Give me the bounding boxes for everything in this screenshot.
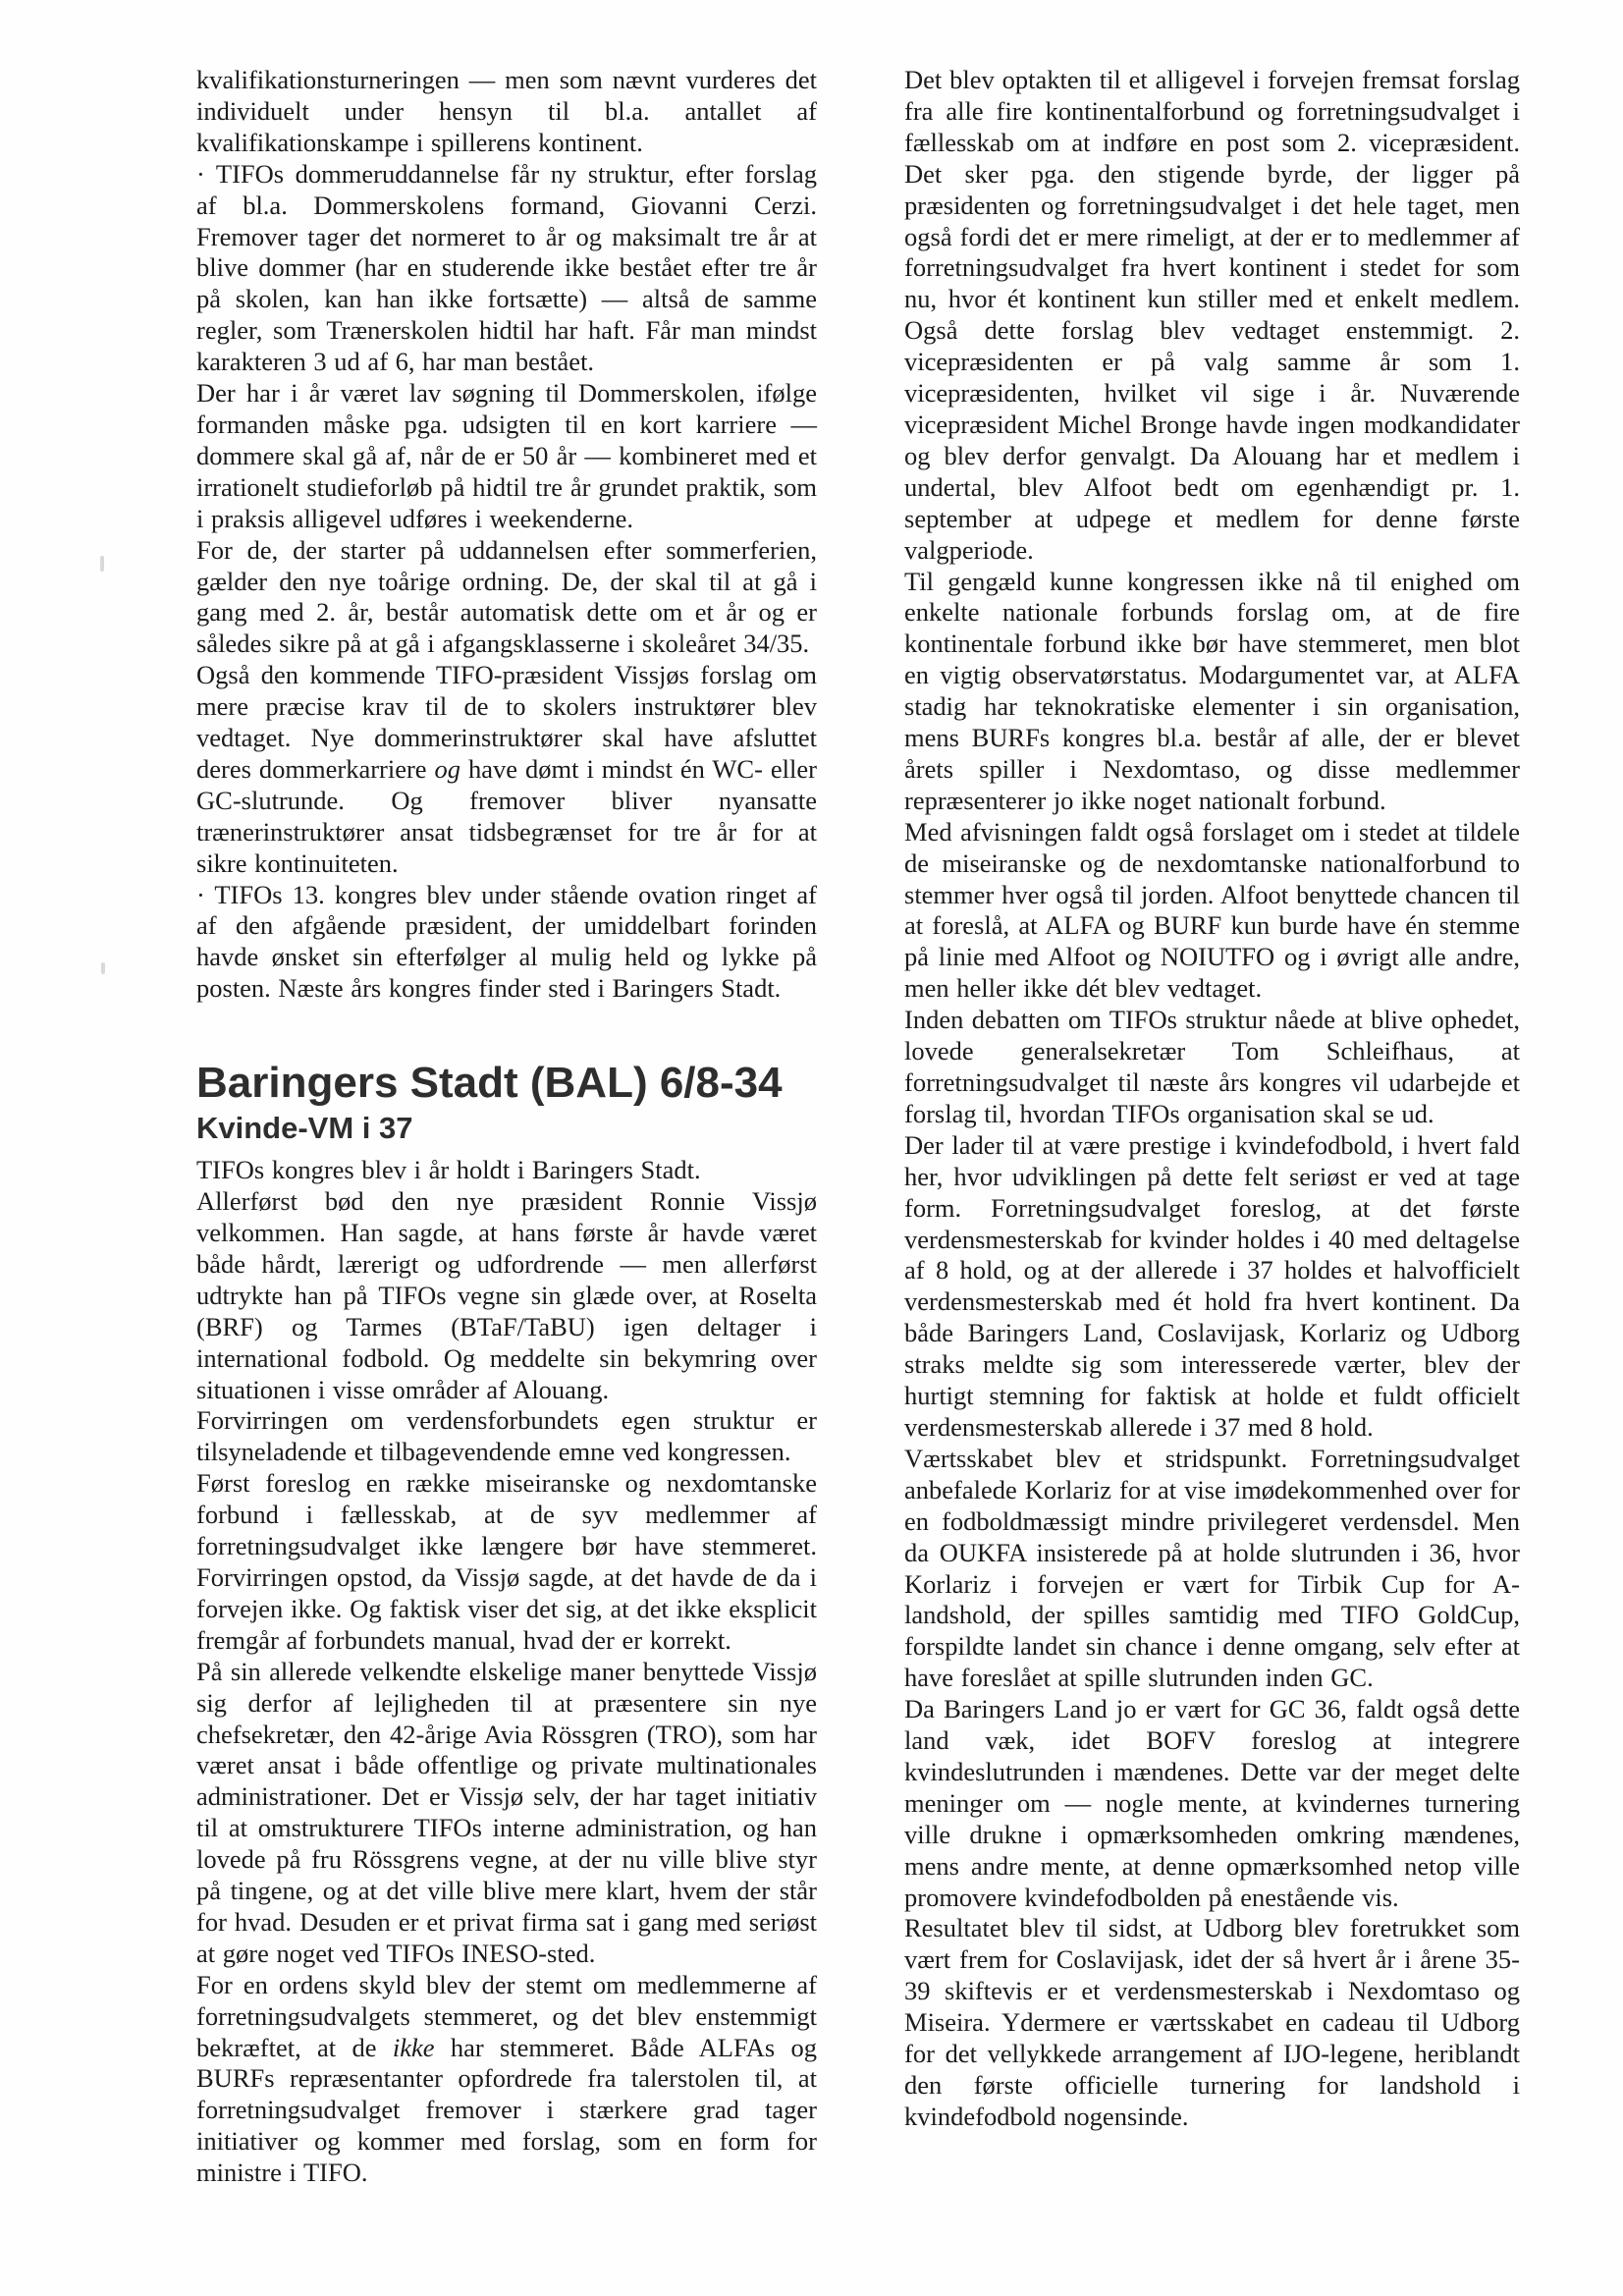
- paragraph: Der lader til at være prestige i kvindef…: [904, 1130, 1520, 1444]
- paragraph: · TIFOs dommeruddannelse får ny struktur…: [196, 159, 817, 378]
- paragraph: Med afvisningen faldt også forslaget om …: [904, 817, 1520, 1005]
- paragraph: For de, der starter på uddannelsen efter…: [196, 535, 817, 661]
- paragraph: Allerførst bød den nye præsident Ronnie …: [196, 1186, 817, 1405]
- paragraph: TIFOs kongres blev i år holdt i Baringer…: [196, 1155, 817, 1186]
- paragraph: Værtsskabet blev et stridspunkt. Forretn…: [904, 1444, 1520, 1694]
- paragraph: Til gengæld kunne kongressen ikke nå til…: [904, 567, 1520, 817]
- scanned-document-page: kvalifikationsturneringen — men som nævn…: [0, 0, 1623, 2296]
- paragraph: Det blev optakten til et alligevel i for…: [904, 65, 1520, 567]
- paragraph: · TIFOs 13. kongres blev under stående o…: [196, 880, 817, 1006]
- paragraph: Inden debatten om TIFOs struktur nåede a…: [904, 1005, 1520, 1130]
- scan-artifact: [100, 556, 104, 572]
- paragraph: Forvirringen om verdensforbundets egen s…: [196, 1405, 817, 1468]
- right-column: Det blev optakten til et alligevel i for…: [904, 65, 1520, 2133]
- paragraph: På sin allerede velkendte elskelige mane…: [196, 1657, 817, 1970]
- article-heading: Baringers Stadt (BAL) 6/8-34: [196, 1059, 817, 1108]
- article-subheading: Kvinde-VM i 37: [196, 1110, 817, 1147]
- paragraph: kvalifikationsturneringen — men som nævn…: [196, 65, 817, 159]
- paragraph: Også den kommende TIFO-præsident Vissjøs…: [196, 660, 817, 879]
- left-column: kvalifikationsturneringen — men som nævn…: [196, 65, 817, 2189]
- paragraph: Da Baringers Land jo er vært for GC 36, …: [904, 1694, 1520, 1913]
- paragraph: For en ordens skyld blev der stemt om me…: [196, 1970, 817, 2189]
- scan-artifact: [101, 962, 105, 974]
- paragraph: Først foreslog en række miseiranske og n…: [196, 1468, 817, 1656]
- paragraph: Der har i år været lav søgning til Domme…: [196, 378, 817, 535]
- paragraph: Resultatet blev til sidst, at Udborg ble…: [904, 1913, 1520, 2132]
